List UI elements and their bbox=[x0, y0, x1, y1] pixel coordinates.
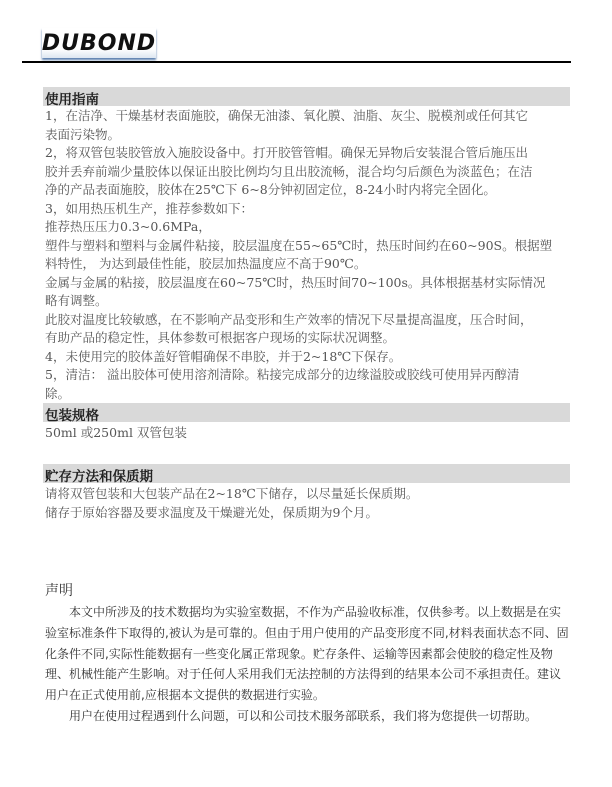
declaration-title: 声明 bbox=[45, 580, 73, 600]
declaration-paragraph: 本文中所涉及的技术数据均为实验室数据，不作为产品验收标准，仅供参考。以上数据是在… bbox=[45, 602, 570, 706]
usage-line: 此胶对温度比较敏感，在不影响产品变形和生产效率的情况下尽量提高温度，压合时间， bbox=[45, 311, 570, 330]
section-header-usage: 使用指南 bbox=[43, 87, 570, 106]
usage-line: 表面污染物。 bbox=[45, 126, 570, 145]
usage-line: 有助产品的稳定性，具体参数可根据客户现场的实际状况调整。 bbox=[45, 329, 570, 348]
usage-line: 4，未使用完的胶体盖好管帽确保不串胶，并于2~18℃下保存。 bbox=[45, 348, 570, 367]
declaration-body: 本文中所涉及的技术数据均为实验室数据，不作为产品验收标准，仅供参考。以上数据是在… bbox=[45, 602, 570, 727]
storage-line: 请将双管包装和大包装产品在2~18℃下储存，以尽量延长保质期。 bbox=[45, 485, 570, 504]
section-header-packaging: 包装规格 bbox=[43, 403, 570, 422]
dubond-logo: DUBOND bbox=[42, 28, 156, 58]
declaration-paragraph: 用户在使用过程遇到什么问题，可以和公司技术服务部联系，我们将为您提供一切帮助。 bbox=[45, 706, 570, 727]
section-title-packaging: 包装规格 bbox=[45, 404, 99, 424]
section-title-usage: 使用指南 bbox=[45, 88, 99, 108]
usage-line: 推荐热压压力0.3~0.6MPa， bbox=[45, 218, 570, 237]
usage-line: 3，如用热压机生产，推荐参数如下： bbox=[45, 200, 570, 219]
usage-line: 料特性， 为达到最佳性能，胶层加热温度应不高于90℃。 bbox=[45, 255, 570, 274]
usage-body: 1，在洁净、干燥基材表面施胶，确保无油漆、氧化膜、油脂、灰尘、脱模剂或任何其它 … bbox=[45, 107, 570, 422]
storage-body: 请将双管包装和大包装产品在2~18℃下储存，以尽量延长保质期。 储存于原始容器及… bbox=[45, 485, 570, 522]
packaging-body: 50ml 或250ml 双管包装 bbox=[45, 424, 570, 443]
header-rule bbox=[22, 61, 571, 63]
packaging-line: 50ml 或250ml 双管包装 bbox=[45, 424, 570, 443]
usage-line: 金属与金属的粘接，胶层温度在60~75℃时，热压时间70~100s。具体根据基材… bbox=[45, 274, 570, 293]
logo-text: DUBOND bbox=[42, 31, 156, 56]
usage-line: 1，在洁净、干燥基材表面施胶，确保无油漆、氧化膜、油脂、灰尘、脱模剂或任何其它 bbox=[45, 107, 570, 126]
usage-line: 塑件与塑料和塑料与金属件粘接，胶层温度在55~65℃时，热压时间约在60~90S… bbox=[45, 237, 570, 256]
usage-line: 净的产品表面施胶，胶体在25℃下 6~8分钟初固定位，8-24小时内将完全固化。 bbox=[45, 181, 570, 200]
section-title-storage: 贮存方法和保质期 bbox=[45, 465, 153, 485]
usage-line: 略有调整。 bbox=[45, 292, 570, 311]
usage-line: 2，将双管包装胶管放入施胶设备中。打开胶管管帽。确保无异物后安装混合管后施压出 bbox=[45, 144, 570, 163]
usage-line: 胶并丢弃前端少量胶体以保证出胶比例均匀且出胶流畅，混合均匀后颜色为淡蓝色；在洁 bbox=[45, 163, 570, 182]
storage-line: 储存于原始容器及要求温度及干燥避光处，保质期为9个月。 bbox=[45, 504, 570, 523]
usage-line: 5，清洁： 溢出胶体可使用溶剂清除。粘接完成部分的边缘溢胶或胶线可使用异丙醇清 bbox=[45, 366, 570, 385]
usage-line: 除。 bbox=[45, 385, 570, 404]
section-header-storage: 贮存方法和保质期 bbox=[43, 464, 570, 483]
